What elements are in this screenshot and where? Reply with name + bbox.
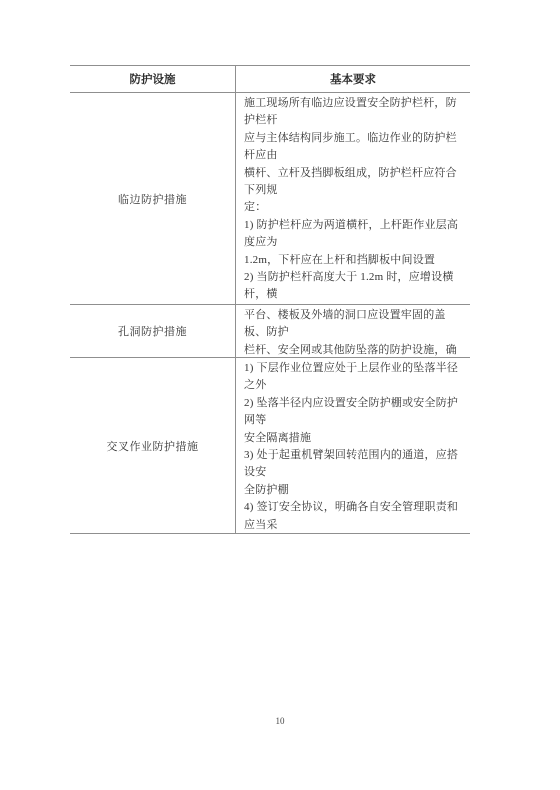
protection-requirements-table: 防护设施 基本要求 临边防护措施 施工现场所有临边应设置安全防护栏杆，防护栏杆 … (70, 65, 470, 534)
table-row-cross-work-protection: 交叉作业防护措施 1) 下层作业位置应处于上层作业的坠落半径之外 2) 坠落半径… (70, 357, 470, 533)
facility-cell-cross-work-protection: 交叉作业防护措施 (70, 358, 235, 533)
table-header-row: 防护设施 基本要求 (70, 66, 470, 92)
document-page: 防护设施 基本要求 临边防护措施 施工现场所有临边应设置安全防护栏杆，防护栏杆 … (0, 0, 560, 790)
table-row-hole-protection: 孔洞防护措施 平台、楼板及外墙的洞口应设置牢固的盖板、防护 栏杆、安全网或其他防… (70, 304, 470, 357)
column-header-requirements: 基本要求 (235, 66, 470, 92)
column-header-facility: 防护设施 (70, 66, 235, 92)
requirements-cell-edge-protection: 施工现场所有临边应设置安全防护栏杆，防护栏杆 应与主体结构同步施工。临边作业的防… (235, 93, 470, 304)
table-row-edge-protection: 临边防护措施 施工现场所有临边应设置安全防护栏杆，防护栏杆 应与主体结构同步施工… (70, 92, 470, 304)
requirements-cell-cross-work-protection: 1) 下层作业位置应处于上层作业的坠落半径之外 2) 坠落半径内应设置安全防护棚… (235, 358, 470, 533)
facility-cell-edge-protection: 临边防护措施 (70, 93, 235, 304)
requirements-cell-hole-protection: 平台、楼板及外墙的洞口应设置牢固的盖板、防护 栏杆、安全网或其他防坠落的防护设施… (235, 305, 470, 357)
facility-cell-hole-protection: 孔洞防护措施 (70, 305, 235, 357)
page-number: 10 (0, 716, 560, 726)
